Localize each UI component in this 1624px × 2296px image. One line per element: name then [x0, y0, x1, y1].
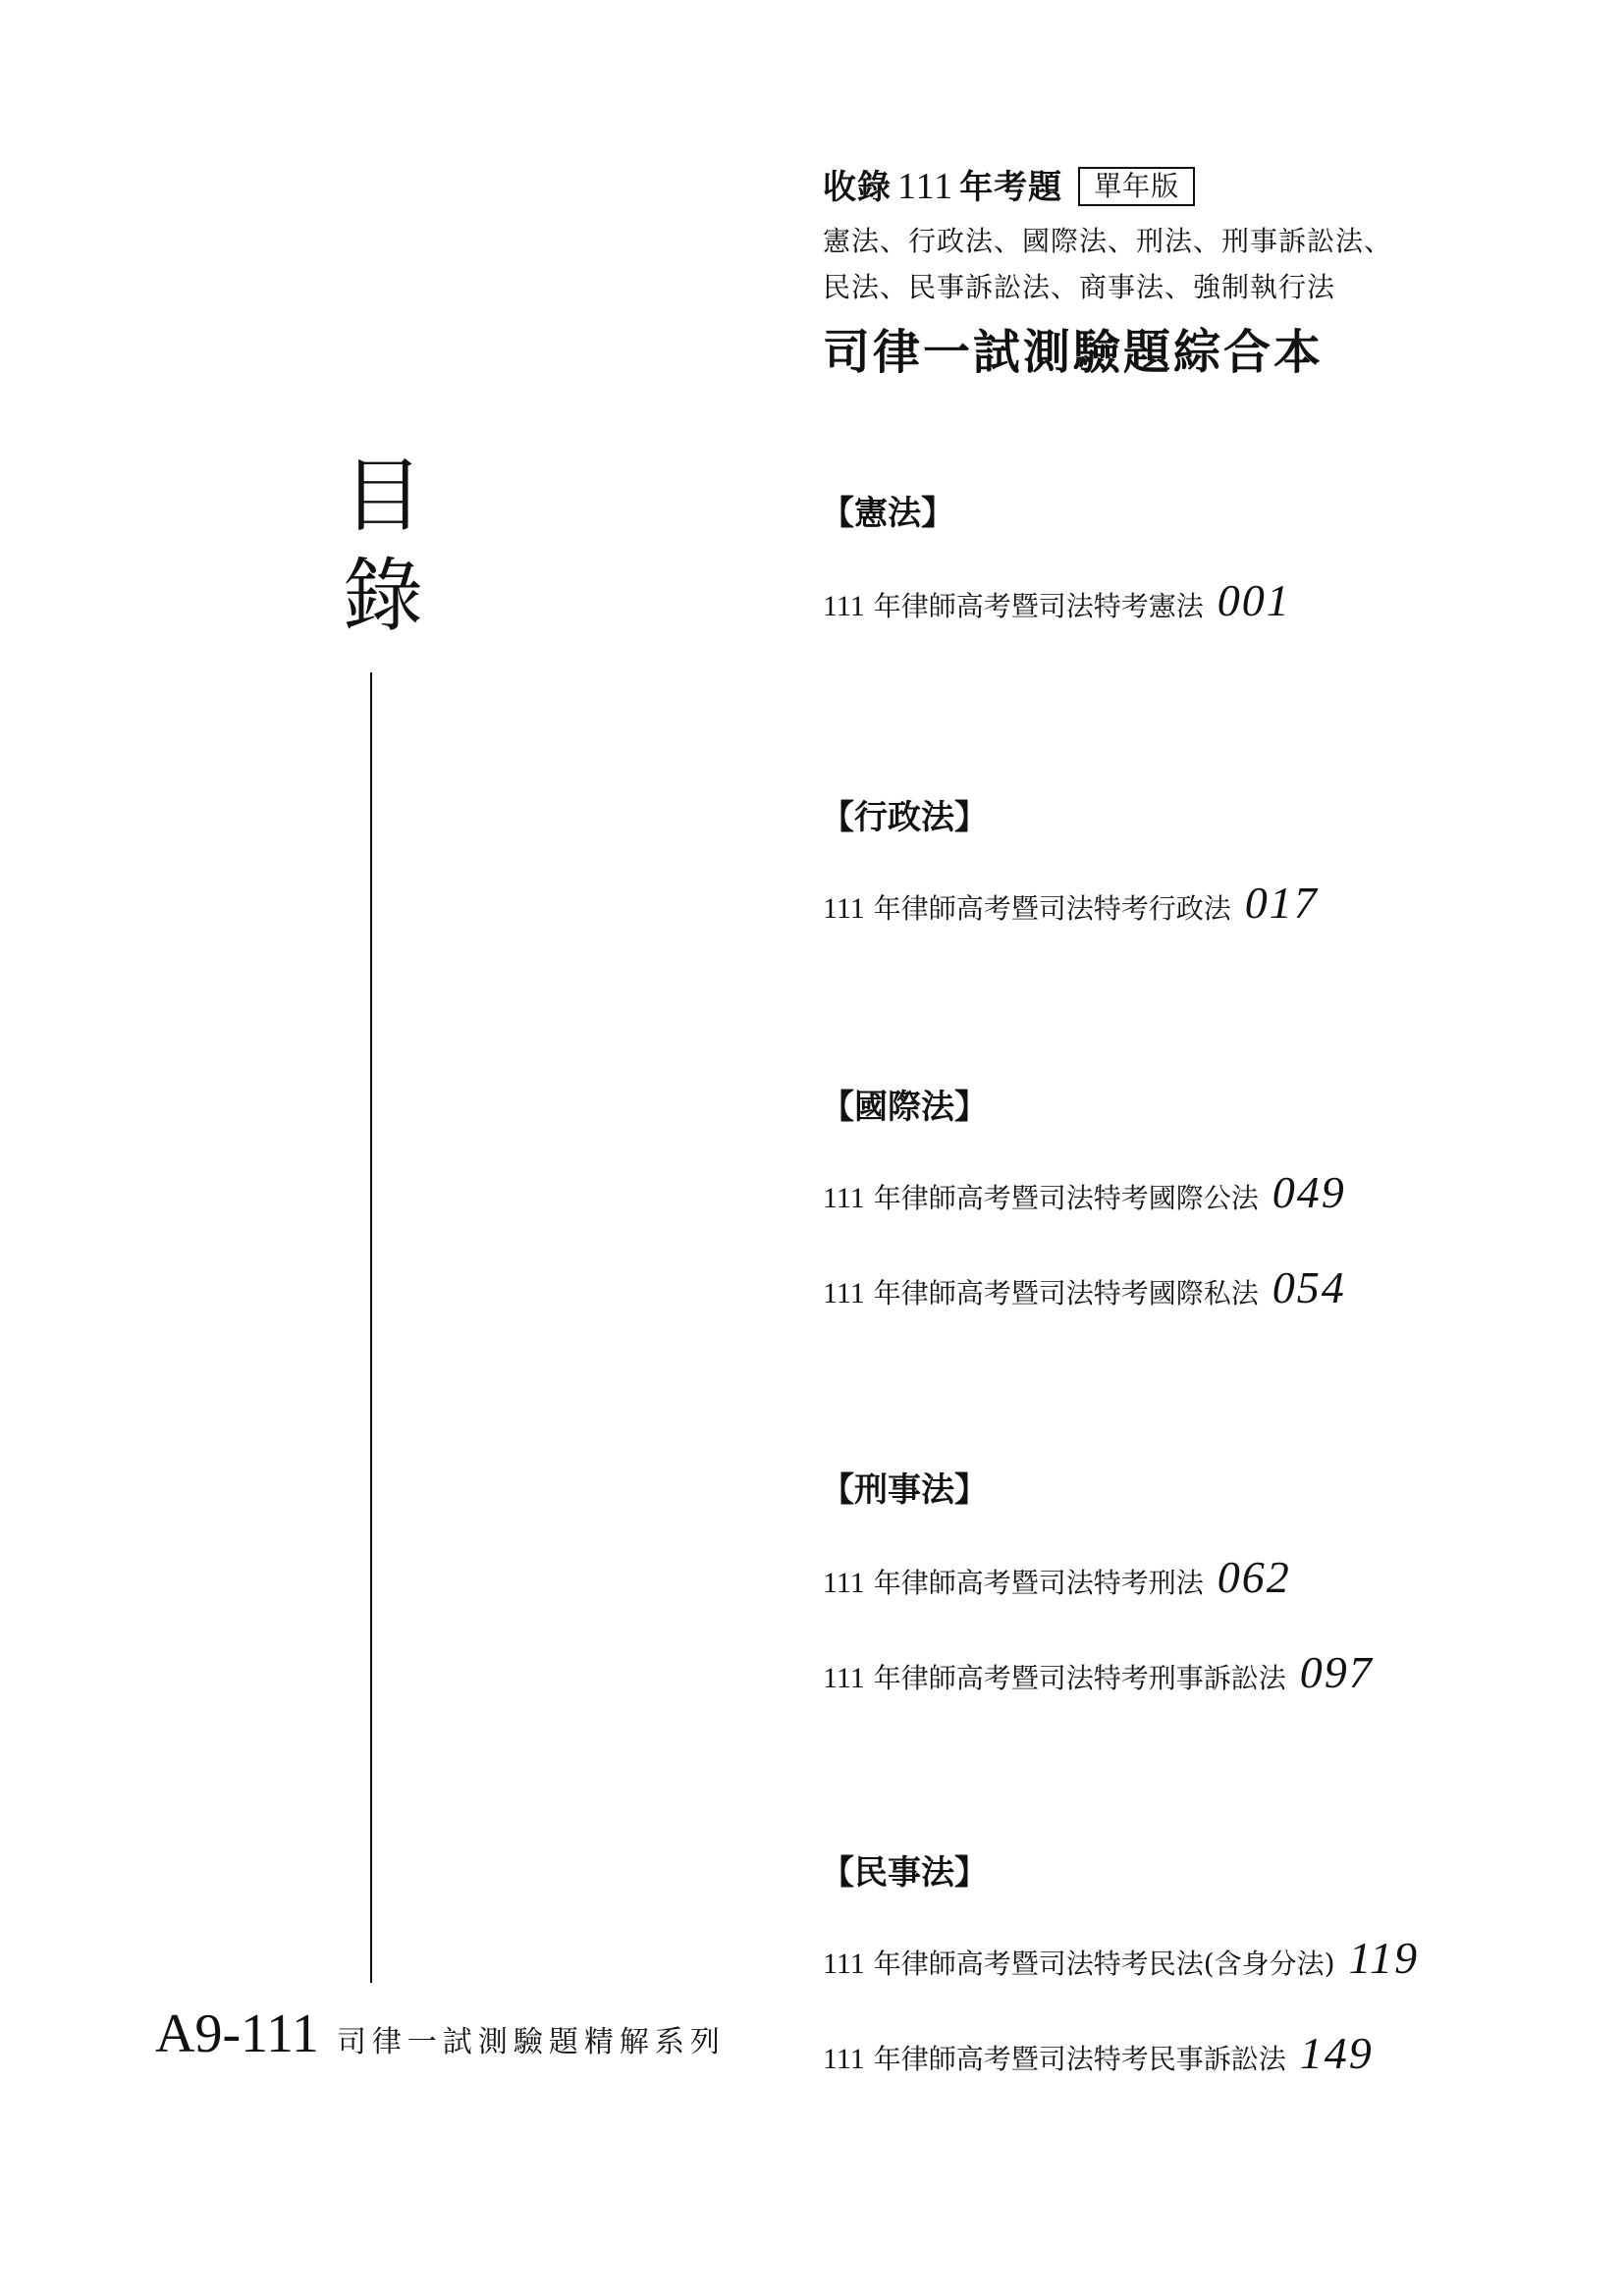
entry-year: 111 [823, 1182, 865, 1214]
page-number: 097 [1300, 1647, 1374, 1697]
collect-prefix: 收錄 [823, 168, 892, 207]
toc-entry[interactable]: 111 年律師高考暨司法特考民法(含身分法)119 [823, 1932, 1419, 1984]
series-footer: A9-111司律一試測驗題精解系列 [155, 2002, 726, 2065]
toc-entry[interactable]: 111 年律師高考暨司法特考憲法001 [823, 574, 1291, 626]
toc-entry[interactable]: 111 年律師高考暨司法特考民事訴訟法149 [823, 2027, 1374, 2079]
toc-entry[interactable]: 111 年律師高考暨司法特考國際公法049 [823, 1166, 1346, 1218]
page-number: 001 [1218, 575, 1291, 625]
subjects-list: 憲法、行政法、國際法、刑法、刑事訴訟法、 民法、民事訴訟法、商事法、強制執行法 [823, 218, 1392, 310]
page-number: 149 [1300, 2028, 1374, 2078]
toc-entry[interactable]: 111 年律師高考暨司法特考國際私法054 [823, 1261, 1346, 1313]
series-code: A9-111 [155, 2003, 319, 2064]
book-title: 司律一試測驗題綜合本 [823, 314, 1324, 382]
entry-year: 111 [823, 1567, 865, 1599]
entry-title: 年律師高考暨司法特考憲法 [874, 590, 1204, 622]
entry-year: 111 [823, 1948, 865, 1980]
entry-title: 年律師高考暨司法特考國際公法 [874, 1182, 1259, 1214]
section-heading-administrative: 【行政法】 [821, 790, 988, 838]
entry-title: 年律師高考暨司法特考刑事訴訟法 [874, 1662, 1286, 1694]
section-heading-international: 【國際法】 [821, 1080, 988, 1128]
entry-title: 年律師高考暨司法特考國際私法 [874, 1277, 1259, 1309]
entry-year: 111 [823, 2043, 865, 2075]
page-number: 062 [1218, 1552, 1291, 1602]
page-number: 119 [1349, 1933, 1420, 1983]
series-name: 司律一試測驗題精解系列 [337, 2025, 726, 2059]
toc-entry[interactable]: 111 年律師高考暨司法特考刑事訴訟法097 [823, 1646, 1374, 1698]
entry-title: 年律師高考暨司法特考民法(含身分法) [874, 1948, 1335, 1980]
vertical-divider [370, 672, 372, 1983]
entry-title: 年律師高考暨司法特考行政法 [874, 892, 1231, 925]
entry-year: 111 [823, 590, 865, 622]
section-heading-criminal: 【刑事法】 [821, 1463, 988, 1511]
page-number: 017 [1245, 878, 1319, 928]
subjects-line-1: 憲法、行政法、國際法、刑法、刑事訴訟法、 [823, 218, 1392, 264]
collection-line: 收錄111年考題單年版 [823, 160, 1195, 208]
section-heading-civil: 【民事法】 [821, 1845, 988, 1894]
entry-year: 111 [823, 1277, 865, 1309]
entry-year: 111 [823, 1662, 865, 1694]
entry-year: 111 [823, 892, 865, 925]
collect-suffix: 年考題 [959, 168, 1062, 207]
section-heading-constitutional: 【憲法】 [821, 486, 954, 534]
page-number: 054 [1272, 1262, 1346, 1312]
subjects-line-2: 民法、民事訴訟法、商事法、強制執行法 [823, 264, 1392, 310]
edition-badge: 單年版 [1078, 167, 1195, 206]
collect-year: 111 [897, 166, 953, 207]
toc-entry[interactable]: 111 年律師高考暨司法特考行政法017 [823, 877, 1319, 929]
page-number: 049 [1272, 1167, 1346, 1217]
toc-title-char-1: 目 [334, 447, 432, 547]
toc-title-char-2: 錄 [334, 547, 432, 647]
entry-title: 年律師高考暨司法特考民事訴訟法 [874, 2043, 1286, 2075]
toc-title: 目 錄 [334, 447, 432, 647]
toc-entry[interactable]: 111 年律師高考暨司法特考刑法062 [823, 1551, 1291, 1603]
entry-title: 年律師高考暨司法特考刑法 [874, 1567, 1204, 1599]
